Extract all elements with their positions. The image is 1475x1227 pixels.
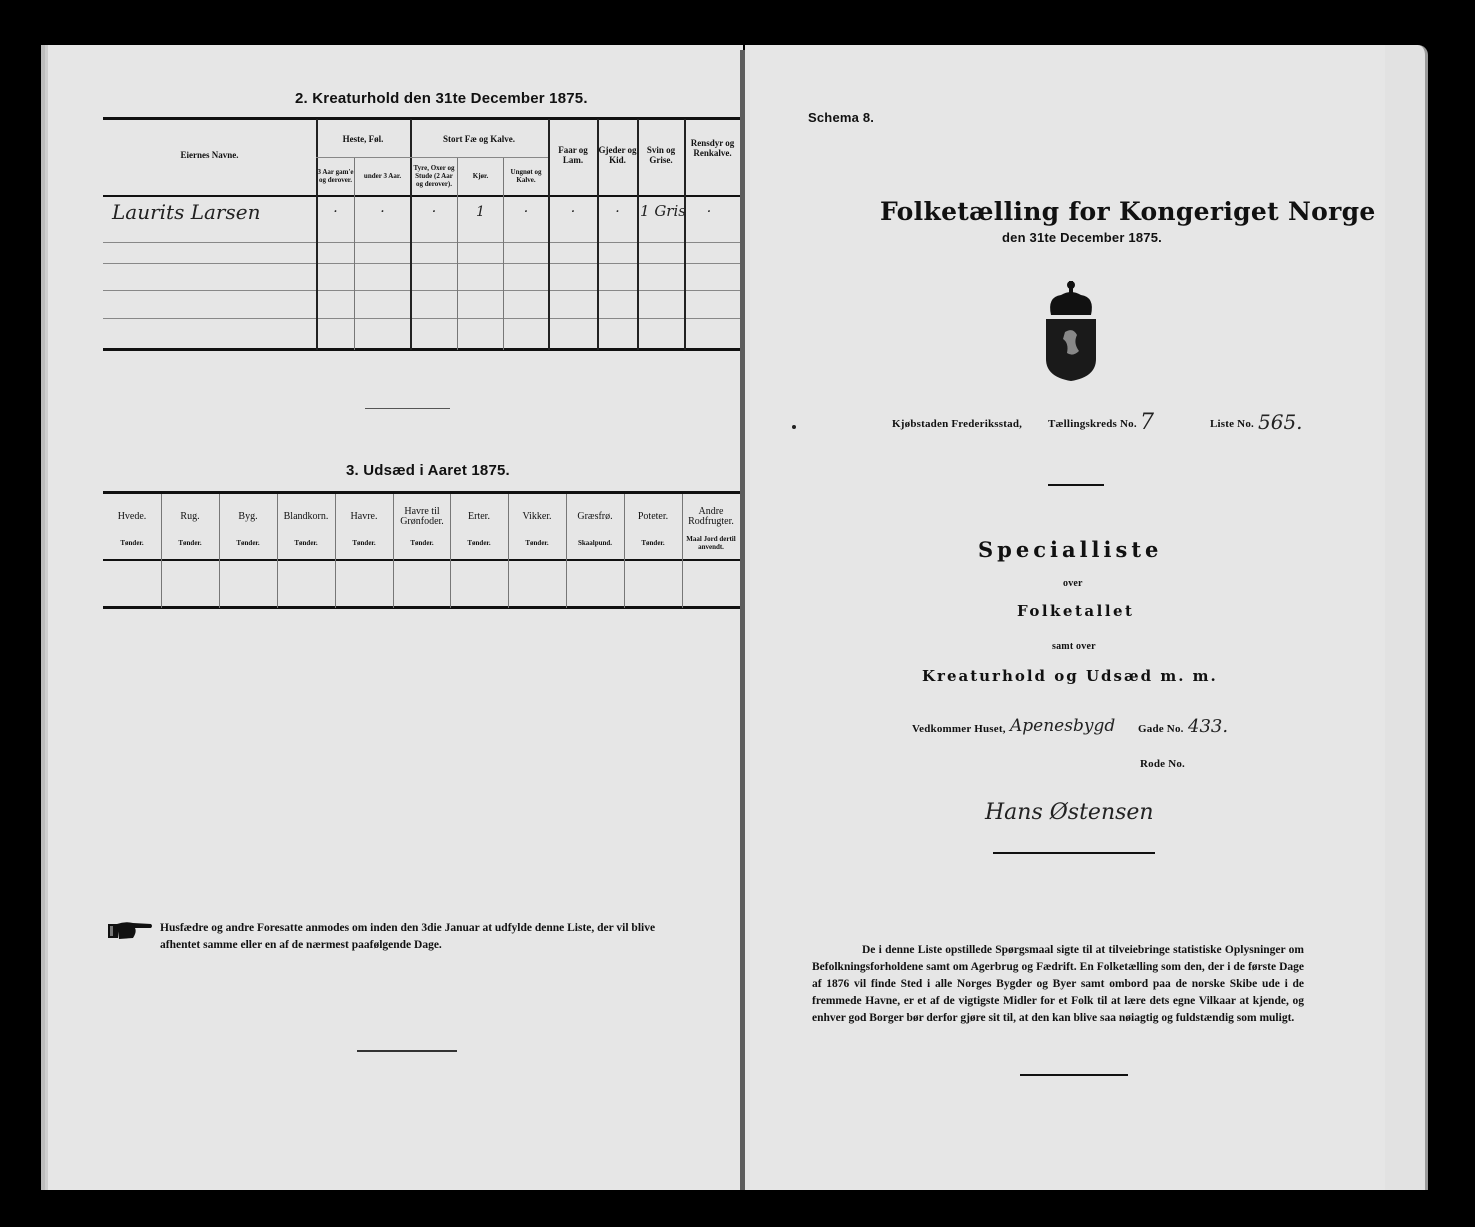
column-unit: Tønder. bbox=[277, 539, 335, 547]
cell-ungnot: · bbox=[504, 204, 548, 220]
column-unit: Skaalpund. bbox=[566, 539, 624, 547]
town-label: Kjøbstaden Frederiksstad, bbox=[892, 418, 1022, 430]
column-unit: Tønder. bbox=[450, 539, 508, 547]
header-owner: Eiernes Navne. bbox=[103, 150, 316, 160]
list-value: 565. bbox=[1258, 410, 1303, 434]
table-bottom-rule bbox=[103, 348, 740, 351]
column-header: Vikker. bbox=[508, 512, 566, 522]
cell-gjeder: · bbox=[598, 204, 637, 220]
cell-heste-old: · bbox=[317, 204, 354, 220]
gade-value: 433. bbox=[1188, 716, 1228, 737]
notice-text: Husfædre og andre Foresatte anmodes om i… bbox=[160, 920, 700, 954]
column-unit: Tønder. bbox=[103, 539, 161, 547]
street-value: Apenesbygd bbox=[1010, 716, 1115, 736]
col-divider bbox=[354, 158, 355, 350]
cell-kjor: 1 bbox=[458, 204, 503, 220]
subheader-rule bbox=[316, 157, 548, 158]
header-bottom-rule bbox=[103, 559, 740, 561]
subheader-tyre: Tyre, Oxer og Stude (2 Aar og derover). bbox=[411, 164, 457, 188]
section3-title: 3. Udsæd i Aaret 1875. bbox=[346, 462, 510, 479]
header-svin: Svin og Grise. bbox=[638, 145, 684, 165]
table-bottom-rule bbox=[103, 606, 740, 609]
column-unit: Tønder. bbox=[161, 539, 219, 547]
cell-svin: 1 Gris bbox=[638, 202, 688, 220]
column-header: Andre Rodfrugter. bbox=[682, 507, 740, 527]
over-label: over bbox=[1063, 578, 1083, 589]
owner-name: Laurits Larsen bbox=[112, 200, 260, 224]
pointing-hand-icon bbox=[107, 920, 153, 947]
column-unit: Tønder. bbox=[508, 539, 566, 547]
separator-line bbox=[365, 408, 450, 409]
subheader-heste-old: 3 Aar gam'e og derover. bbox=[317, 168, 354, 184]
header-heste: Heste, Føl. bbox=[316, 134, 410, 144]
column-header: Byg. bbox=[219, 512, 277, 522]
cell-rensdyr: · bbox=[694, 204, 724, 220]
column-header: Poteter. bbox=[624, 512, 682, 522]
row-line bbox=[103, 263, 740, 264]
column-header: Græsfrø. bbox=[566, 512, 624, 522]
cell-tyre: · bbox=[411, 204, 457, 220]
separator-line bbox=[1048, 484, 1104, 486]
row-line bbox=[103, 290, 740, 291]
census-title: Folketælling for Kongeriget Norge bbox=[880, 197, 1376, 226]
rode-label: Rode No. bbox=[1140, 758, 1185, 770]
subheader-heste-young: under 3 Aar. bbox=[355, 172, 410, 180]
gade-label: Gade No. bbox=[1138, 723, 1184, 735]
row-line bbox=[103, 242, 740, 243]
page-edge bbox=[1385, 45, 1428, 1190]
section2-title: 2. Kreaturhold den 31te December 1875. bbox=[295, 90, 588, 107]
house-label: Vedkommer Huset, bbox=[912, 723, 1006, 735]
header-bottom-rule bbox=[103, 195, 740, 197]
schema-label: Schema 8. bbox=[808, 110, 874, 125]
specialliste-title: Specialliste bbox=[978, 537, 1162, 562]
column-unit: Tønder. bbox=[335, 539, 393, 547]
samt-over-label: samt over bbox=[1052, 641, 1096, 652]
norwegian-coat-of-arms-icon bbox=[1043, 277, 1099, 387]
notice-line2: afhentet samme eller en af de nærmest pa… bbox=[160, 937, 700, 954]
signature: Hans Østensen bbox=[985, 800, 1154, 825]
subheader-kjor: Kjør. bbox=[458, 172, 503, 180]
separator-line bbox=[357, 1050, 457, 1052]
census-date: den 31te December 1875. bbox=[1002, 230, 1162, 245]
separator-line bbox=[1020, 1074, 1128, 1076]
col-divider bbox=[316, 119, 318, 350]
table-top-rule bbox=[103, 117, 740, 120]
info-paragraph: De i denne Liste opstillede Spørgsmaal s… bbox=[812, 942, 1304, 1027]
cell-heste-young: · bbox=[355, 204, 410, 220]
col-divider bbox=[457, 158, 458, 350]
district-value: 7 bbox=[1140, 410, 1154, 435]
folketallet-label: Folketallet bbox=[1017, 602, 1135, 620]
header-stort-fae: Stort Fæ og Kalve. bbox=[410, 134, 548, 144]
column-unit: Tønder. bbox=[393, 539, 451, 547]
margin-dot bbox=[792, 425, 796, 429]
cell-faar: · bbox=[549, 204, 597, 220]
column-unit: Maal Jord dertil anvendt. bbox=[682, 535, 740, 551]
column-header: Erter. bbox=[450, 512, 508, 522]
signature-line bbox=[993, 852, 1155, 854]
notice-line1: Husfædre og andre Foresatte anmodes om i… bbox=[160, 920, 700, 937]
row-line bbox=[103, 318, 740, 319]
header-rensdyr: Rensdyr og Renkalve. bbox=[685, 138, 740, 158]
table-top-rule bbox=[103, 491, 740, 494]
subheader-ungnot: Ungnøt og Kalve. bbox=[504, 168, 548, 184]
column-header: Hvede. bbox=[103, 512, 161, 522]
kreaturhold-label: Kreaturhold og Udsæd m. m. bbox=[922, 667, 1218, 685]
district-label: Tællingskreds No. bbox=[1048, 418, 1137, 430]
col-divider bbox=[503, 158, 504, 350]
column-header: Havre til Grønfoder. bbox=[393, 507, 451, 527]
column-unit: Tønder. bbox=[219, 539, 277, 547]
header-gjeder: Gjeder og Kid. bbox=[598, 145, 637, 165]
column-header: Havre. bbox=[335, 512, 393, 522]
header-faar: Faar og Lam. bbox=[549, 145, 597, 165]
col-divider bbox=[410, 119, 412, 350]
column-unit: Tønder. bbox=[624, 539, 682, 547]
column-header: Rug. bbox=[161, 512, 219, 522]
list-label: Liste No. bbox=[1210, 418, 1254, 430]
column-header: Blandkorn. bbox=[277, 512, 335, 522]
